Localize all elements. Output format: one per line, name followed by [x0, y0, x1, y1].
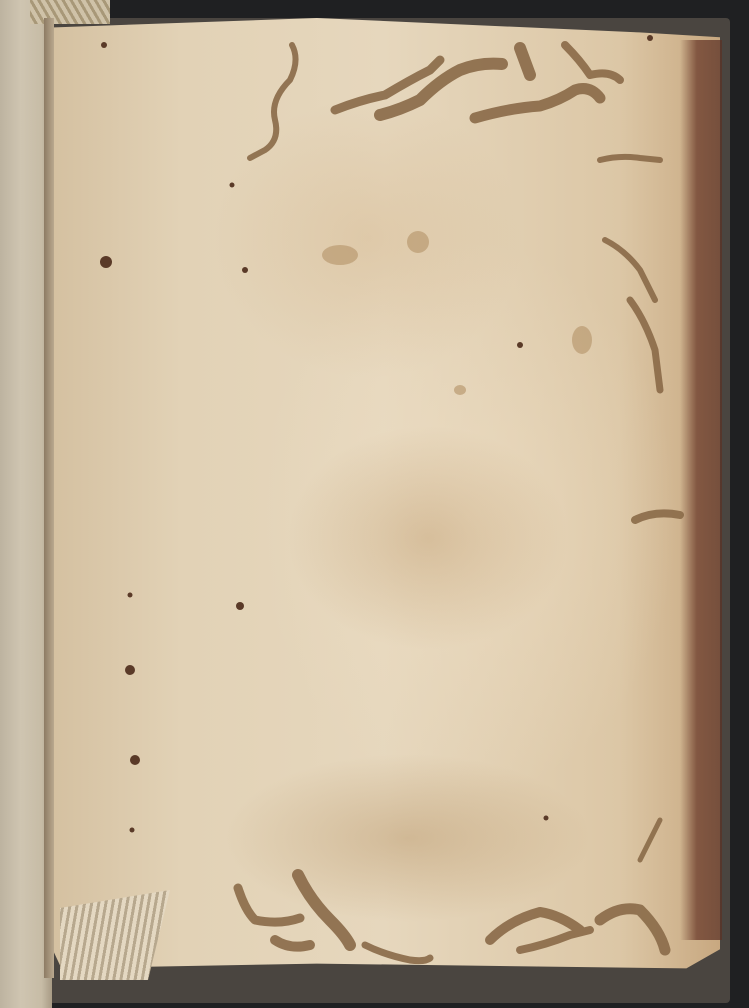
wormhole-tracks — [0, 0, 749, 1008]
book-photo — [0, 0, 749, 1008]
